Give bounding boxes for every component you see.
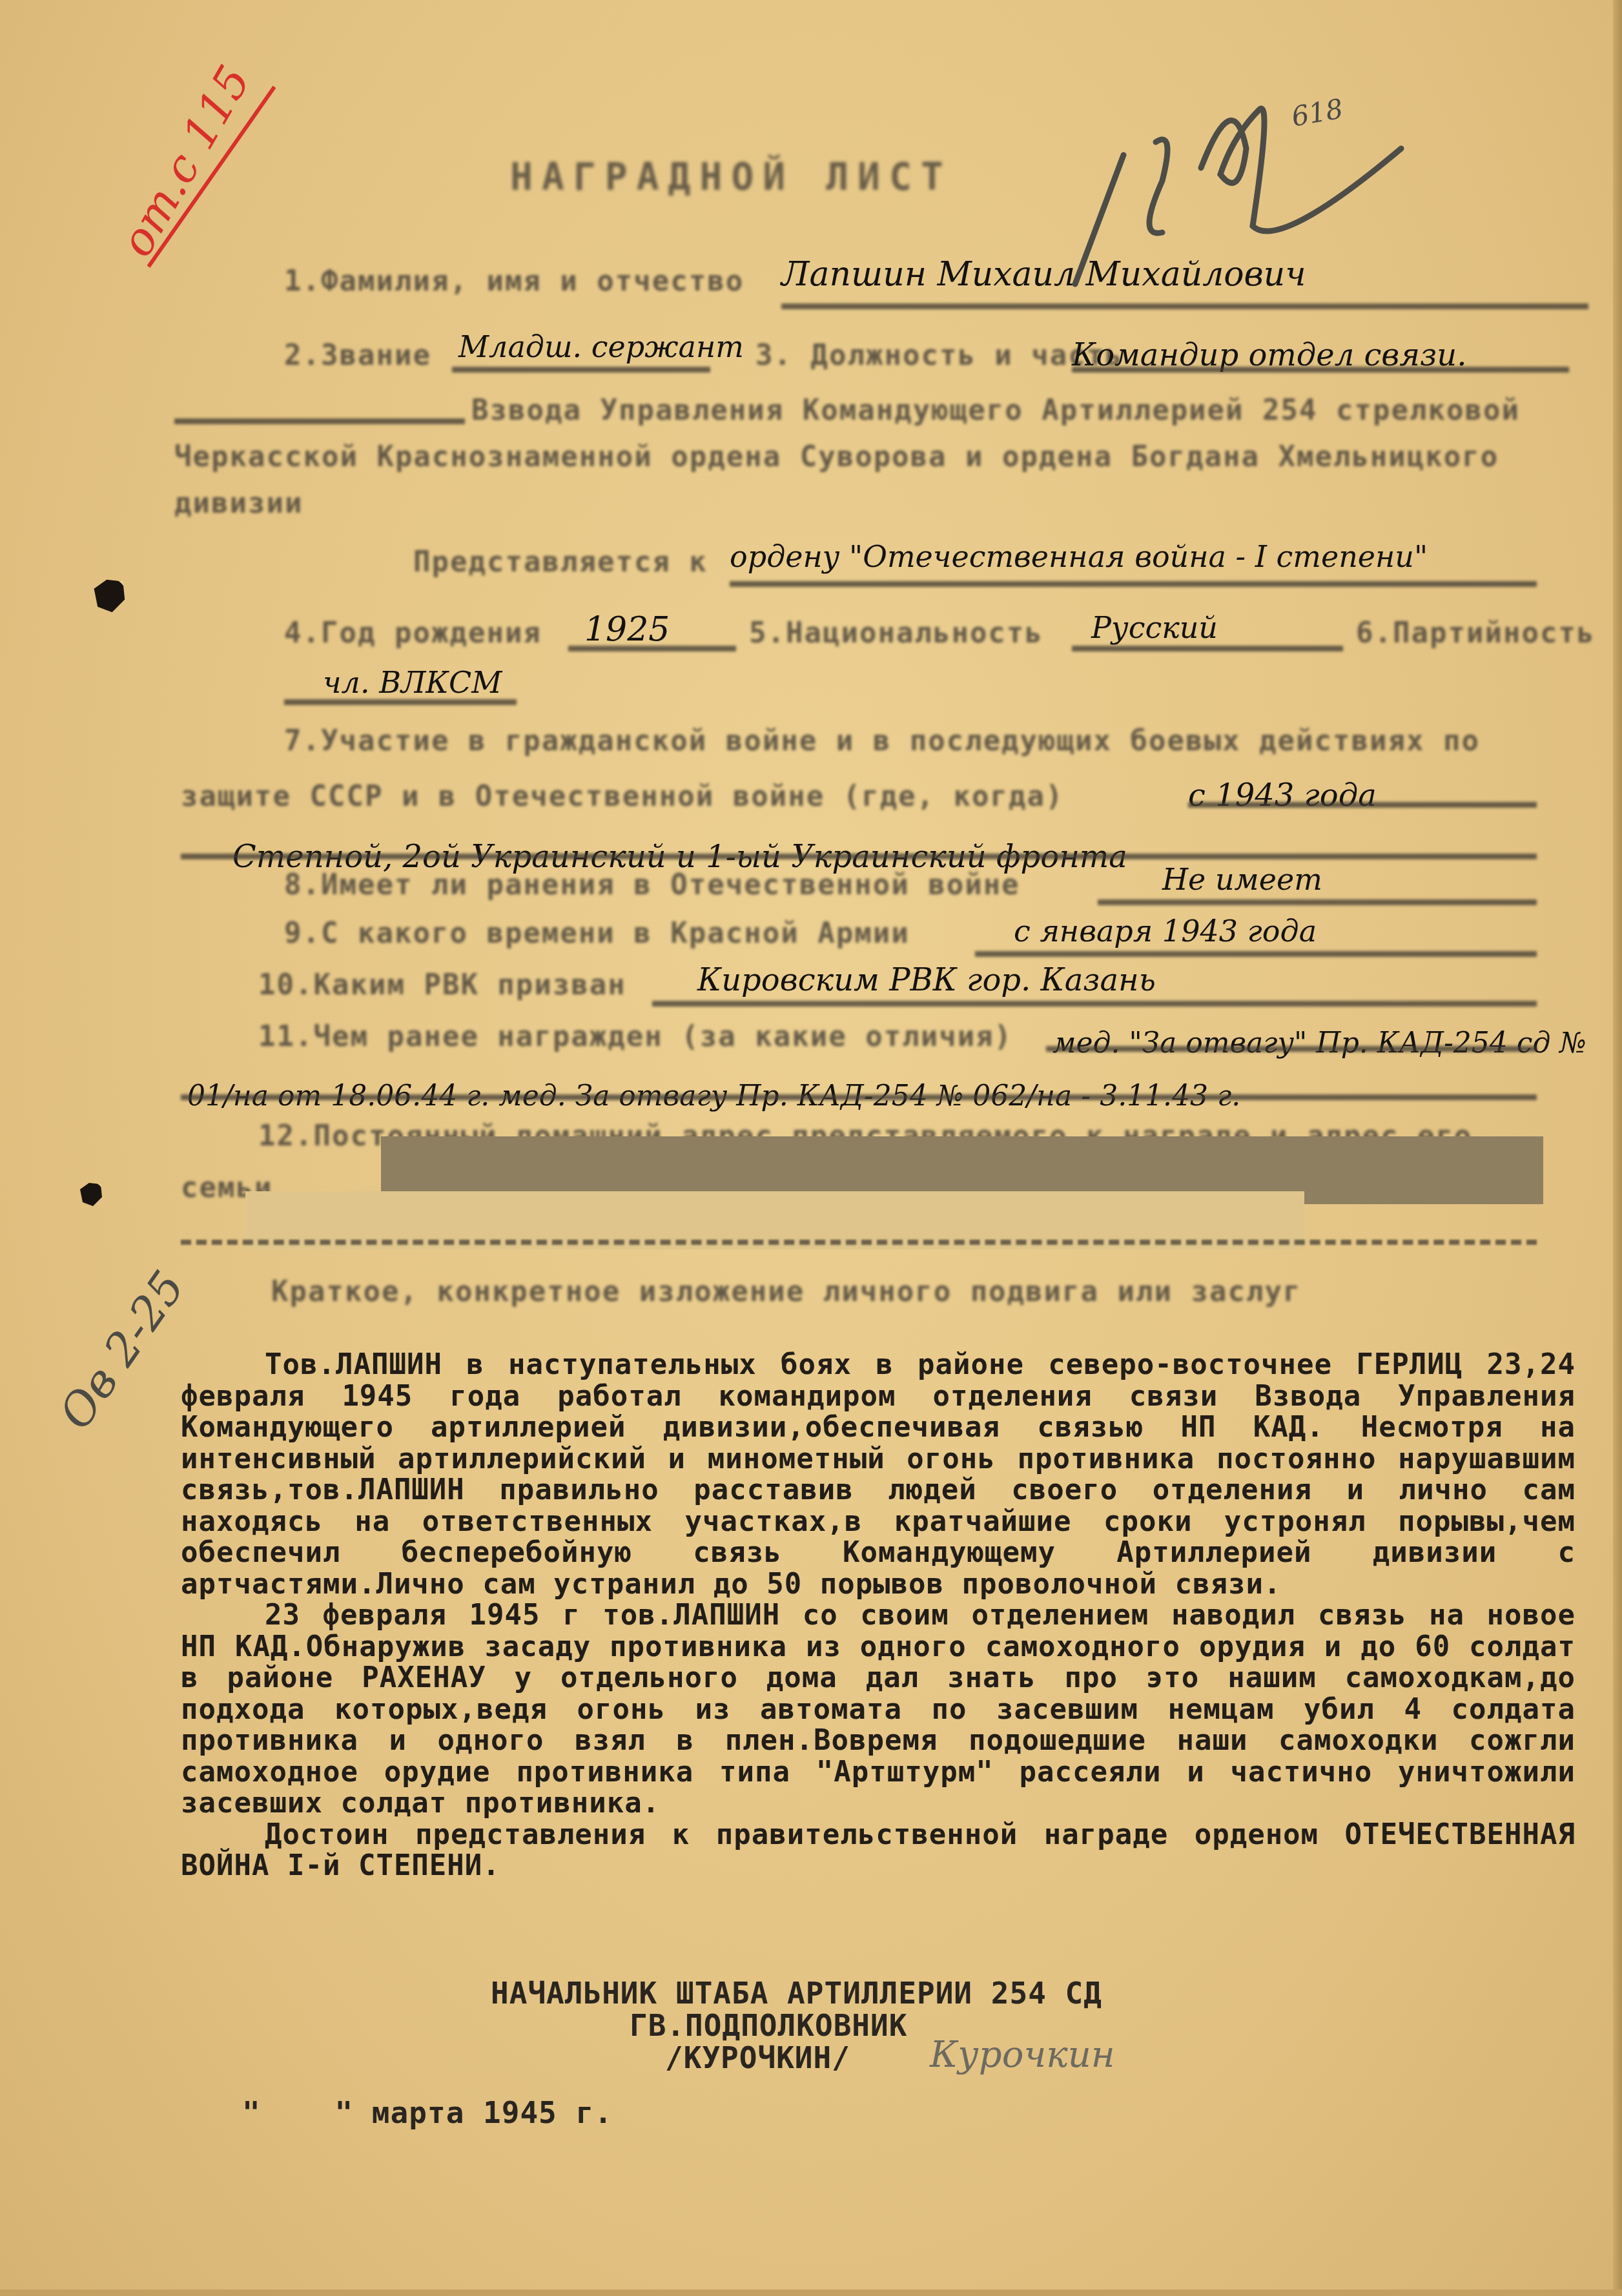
field-value-birth-year: 1925 [584,610,670,649]
pencil-margin-note: Ов 2-25 [49,1262,195,1439]
underline [181,854,1537,859]
underline [781,303,1588,309]
field-value-unit: Взвода Управления Командующего Артиллери… [174,387,1576,527]
field-label-wounds: 8.Имеет ли ранения в Отечественной войне [284,868,1020,901]
narrative-paragraph: Тов.ЛАПШИН в наступательных боях в район… [181,1349,1576,1600]
underline [1046,1046,1537,1052]
field-label-nationality: 5.Национальность [749,617,1043,650]
red-margin-note: от.с 115 [110,57,261,265]
field-label-rvk: 10.Каким РВК призван [258,969,626,1001]
field-label-award: Представляется к [413,546,708,579]
field-label-birth-year: 4.Год рождения [284,617,542,650]
signer-title: НАЧАЛЬНИК ШТАБА АРТИЛЛЕРИИ 254 СД [491,1976,1102,2011]
field-value-rank: Младш. сержант [458,329,744,364]
underline [1072,646,1343,651]
handwritten-signature: Курочкин [930,2034,1115,2076]
punch-hole [90,578,127,614]
field-value-party: чл. ВЛКСМ [323,665,502,700]
dashed-line [181,1240,1537,1250]
paper-edge [1613,0,1622,2296]
underline [452,367,710,373]
field-value-nationality: Русский [1091,610,1218,645]
signer-name: /КУРОЧКИН/ [665,2040,850,2075]
section-heading: Краткое, конкретное изложение личного по… [271,1275,1301,1308]
narrative: Тов.ЛАПШИН в наступательных боях в район… [181,1349,1576,1882]
field-label-position: 3. Должность и часть [755,339,1124,372]
field-value-award: ордену "Отечественная война - I степени" [730,539,1428,574]
field-value-prior-awards: мед. "За отвагу" Пр. КАД-254 сд № 01/на … [187,1017,1595,1123]
underline [181,1094,1537,1100]
narrative-paragraph: 23 февраля 1945 г тов.ЛАПШИН со своим от… [181,1600,1576,1819]
underline [568,646,736,651]
punch-hole [77,1182,103,1207]
field-value-army-since: с января 1943 года [1014,914,1317,948]
field-value-wounds: Не имеет [1162,862,1322,897]
field-label-name: 1.Фамилия, имя и отчество [284,265,744,298]
underline [975,951,1537,957]
underline [1188,802,1537,808]
underline [652,1001,1537,1007]
underline [284,699,517,705]
field-label-army-since: 9.С какого времени в Красной Армии [284,917,910,950]
document-title: НАГРАДНОЙ ЛИСТ [510,155,952,199]
field-value-position: Командир отдел связи. [1072,329,1563,381]
field-value-name: Лапшин Михаил Михайлович [781,255,1306,294]
field-label-party: 6.Партийность [1356,617,1595,650]
field-value-rvk: Кировским РВК гор. Казань [697,962,1156,998]
signer-rank: ГВ.ПОДПОЛКОВНИК [630,2008,907,2043]
field-label-rank: 2.Звание [284,339,431,372]
document-date: " " марта 1945 г. [242,2095,613,2130]
underline [1072,367,1569,373]
narrative-paragraph: Достоин представления к правительственно… [181,1819,1576,1882]
underline [1098,899,1537,905]
underline [730,581,1537,587]
paper-edge-bottom [0,2290,1622,2296]
